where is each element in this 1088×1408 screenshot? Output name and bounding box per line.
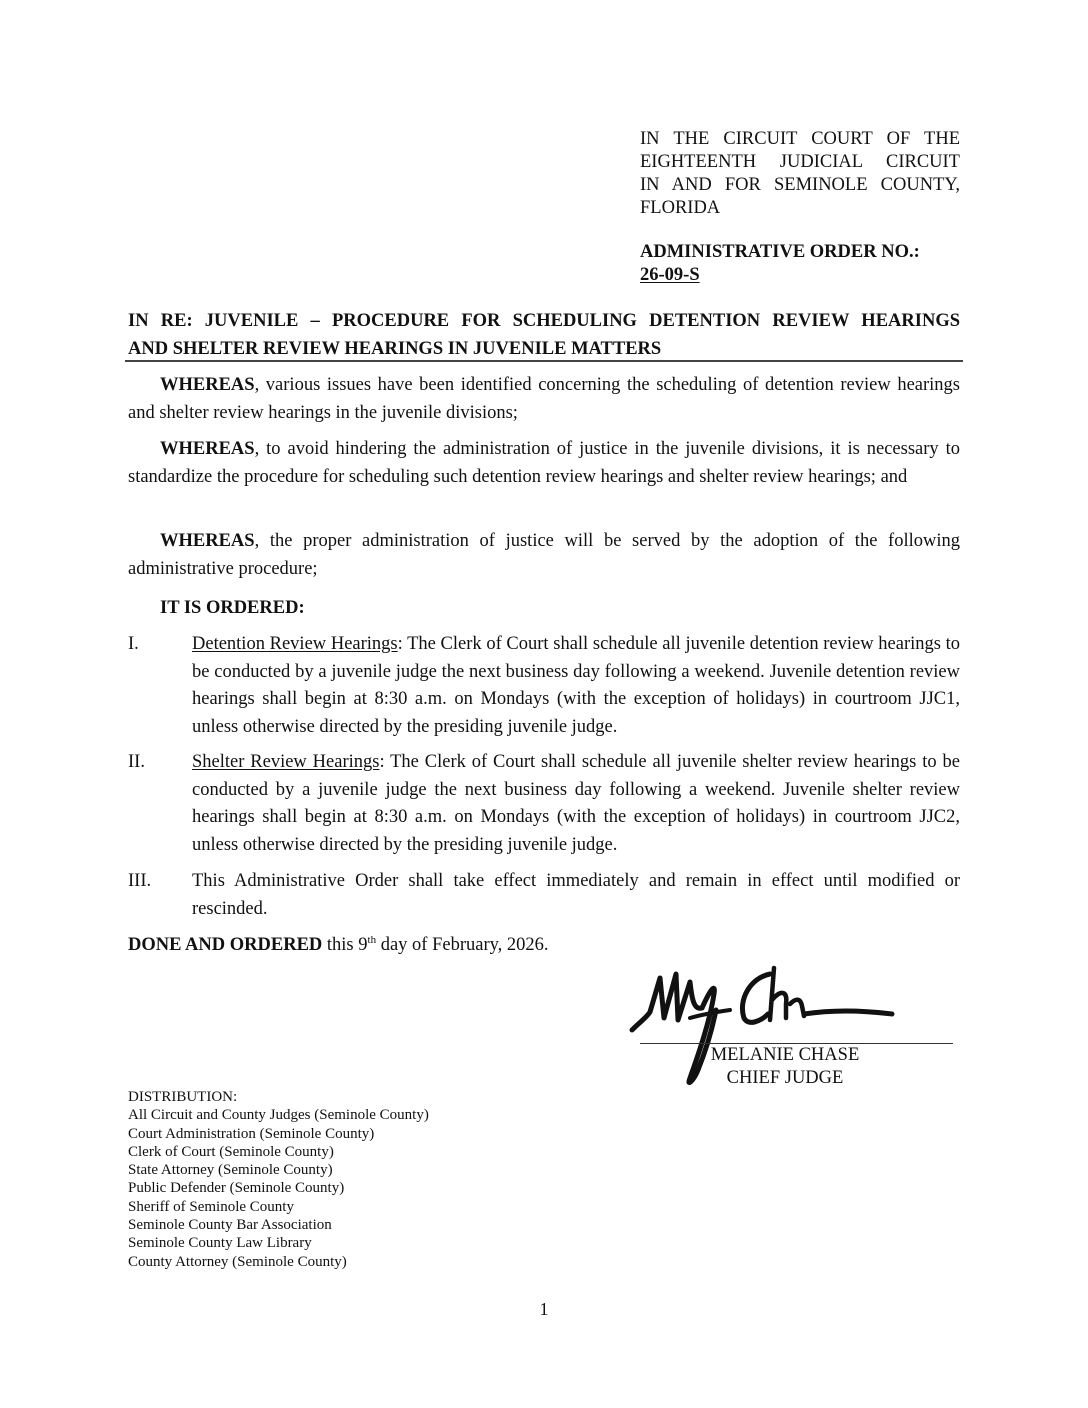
court-caption: IN THE CIRCUIT COURT OF THE EIGHTEENTH J… [640, 128, 960, 220]
item-heading: Detention Review Hearings [192, 634, 398, 654]
whereas-lead: WHEREAS [160, 531, 255, 551]
distribution-recipient: Seminole County Law Library [128, 1234, 429, 1252]
whereas-lead: WHEREAS [160, 439, 255, 459]
order-title-line: AND SHELTER REVIEW HEARINGS IN JUVENILE … [128, 335, 960, 363]
order-item-1: I. Detention Review Hearings: The Clerk … [128, 631, 960, 741]
done-date-suffix: th [368, 934, 377, 946]
item-text: This Administrative Order shall take eff… [192, 871, 960, 919]
distribution-recipient: County Attorney (Seminole County) [128, 1253, 429, 1271]
title-divider [125, 360, 963, 362]
distribution-recipient: Sheriff of Seminole County [128, 1198, 429, 1216]
order-title-line: IN RE: JUVENILE – PROCEDURE FOR SCHEDULI… [128, 307, 960, 335]
item-numeral: II. [128, 749, 188, 777]
whereas-clause-1: WHEREAS, various issues have been identi… [128, 372, 960, 427]
done-lead: DONE AND ORDERED [128, 935, 322, 955]
order-title: IN RE: JUVENILE – PROCEDURE FOR SCHEDULI… [128, 307, 960, 363]
distribution-recipient: Clerk of Court (Seminole County) [128, 1143, 429, 1161]
distribution-list: DISTRIBUTION: All Circuit and County Jud… [128, 1088, 429, 1271]
item-heading: Shelter Review Hearings [192, 752, 379, 772]
administrative-order-number: ADMINISTRATIVE ORDER NO.: 26-09-S [640, 241, 970, 287]
distribution-recipient: Seminole County Bar Association [128, 1216, 429, 1234]
court-caption-line: IN AND FOR SEMINOLE COUNTY, [640, 174, 960, 197]
distribution-heading: DISTRIBUTION: [128, 1088, 429, 1106]
court-caption-line: FLORIDA [640, 197, 960, 220]
order-item-2: II. Shelter Review Hearings: The Clerk o… [128, 749, 960, 859]
document-page: IN THE CIRCUIT COURT OF THE EIGHTEENTH J… [0, 0, 1088, 1408]
signer-name: MELANIE CHASE [640, 1044, 930, 1067]
distribution-recipient: All Circuit and County Judges (Seminole … [128, 1106, 429, 1124]
page-number: 1 [0, 1298, 1088, 1320]
distribution-recipient: Court Administration (Seminole County) [128, 1125, 429, 1143]
done-date-pre: this 9 [322, 935, 367, 955]
ordered-heading: IT IS ORDERED: [160, 595, 305, 623]
court-caption-line: IN THE CIRCUIT COURT OF THE [640, 128, 960, 151]
distribution-recipient: Public Defender (Seminole County) [128, 1179, 429, 1197]
item-numeral: I. [128, 631, 188, 659]
order-number-label: ADMINISTRATIVE ORDER NO.: [640, 241, 970, 264]
done-and-ordered: DONE AND ORDERED this 9th day of Februar… [128, 932, 549, 960]
whereas-clause-3: WHEREAS, the proper administration of ju… [128, 528, 960, 583]
signer-title: CHIEF JUDGE [640, 1067, 930, 1090]
done-date-post: day of February, 2026. [376, 935, 548, 955]
whereas-lead: WHEREAS [160, 375, 255, 395]
court-caption-line: EIGHTEENTH JUDICIAL CIRCUIT [640, 151, 960, 174]
whereas-clause-2: WHEREAS, to avoid hindering the administ… [128, 436, 960, 491]
item-numeral: III. [128, 868, 188, 896]
signer-block: MELANIE CHASE CHIEF JUDGE [640, 1044, 930, 1090]
order-item-3: III. This Administrative Order shall tak… [128, 868, 960, 923]
order-number-value: 26-09-S [640, 265, 700, 285]
distribution-recipient: State Attorney (Seminole County) [128, 1161, 429, 1179]
